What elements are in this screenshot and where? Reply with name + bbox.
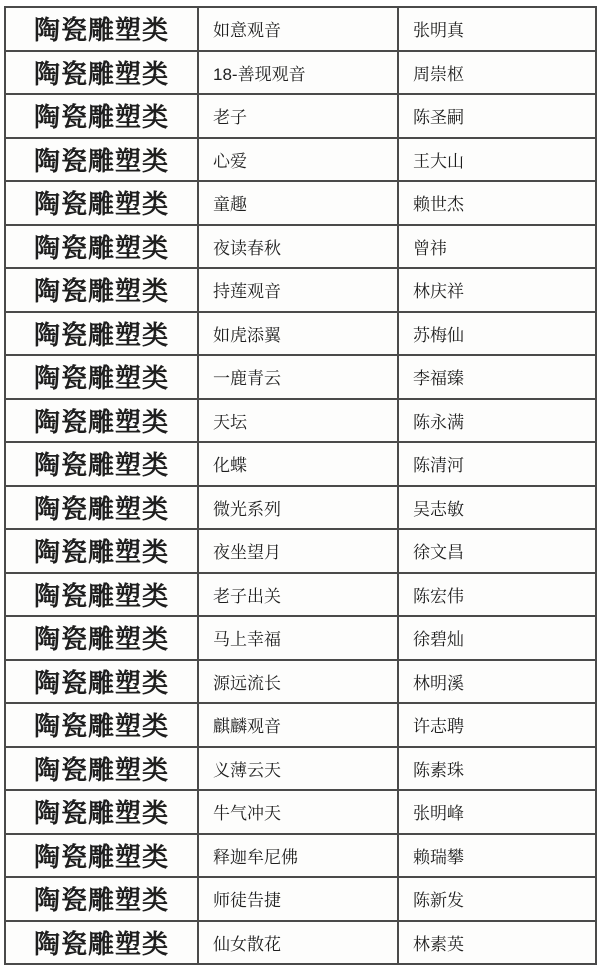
table-row: 陶瓷雕塑类 释迦牟尼佛 赖瑞攀 [5, 834, 596, 878]
table-row: 陶瓷雕塑类 童趣 赖世杰 [5, 181, 596, 225]
category-cell: 陶瓷雕塑类 [5, 529, 198, 573]
scanned-document-page: 陶瓷雕塑类 如意观音 张明真 陶瓷雕塑类 18-善现观音 周崇枢 陶瓷雕塑类 老… [0, 0, 600, 973]
artist-name-cell: 陈永满 [398, 399, 596, 443]
category-cell: 陶瓷雕塑类 [5, 834, 198, 878]
artist-name-cell: 徐碧灿 [398, 616, 596, 660]
work-title-cell: 牛气冲天 [198, 790, 398, 834]
artist-name-cell: 徐文昌 [398, 529, 596, 573]
work-title-cell: 如意观音 [198, 7, 398, 51]
artist-name-cell: 曾祎 [398, 225, 596, 269]
table-row: 陶瓷雕塑类 麒麟观音 许志聘 [5, 703, 596, 747]
work-title-cell: 持莲观音 [198, 268, 398, 312]
table-row: 陶瓷雕塑类 天坛 陈永满 [5, 399, 596, 443]
work-title-cell: 如虎添翼 [198, 312, 398, 356]
artist-name-cell: 林庆祥 [398, 268, 596, 312]
category-cell: 陶瓷雕塑类 [5, 225, 198, 269]
table-row: 陶瓷雕塑类 牛气冲天 张明峰 [5, 790, 596, 834]
category-cell: 陶瓷雕塑类 [5, 660, 198, 704]
table-body: 陶瓷雕塑类 如意观音 张明真 陶瓷雕塑类 18-善现观音 周崇枢 陶瓷雕塑类 老… [5, 7, 596, 964]
artist-name-cell: 赖世杰 [398, 181, 596, 225]
table-row: 陶瓷雕塑类 马上幸福 徐碧灿 [5, 616, 596, 660]
category-cell: 陶瓷雕塑类 [5, 94, 198, 138]
artist-name-cell: 陈素珠 [398, 747, 596, 791]
table-row: 陶瓷雕塑类 老子出关 陈宏伟 [5, 573, 596, 617]
category-cell: 陶瓷雕塑类 [5, 877, 198, 921]
table-row: 陶瓷雕塑类 夜坐望月 徐文昌 [5, 529, 596, 573]
work-title-cell: 微光系列 [198, 486, 398, 530]
work-title-cell: 师徒告捷 [198, 877, 398, 921]
category-cell: 陶瓷雕塑类 [5, 616, 198, 660]
artist-name-cell: 王大山 [398, 138, 596, 182]
artist-name-cell: 赖瑞攀 [398, 834, 596, 878]
table-row: 陶瓷雕塑类 老子 陈圣嗣 [5, 94, 596, 138]
work-title-cell: 源远流长 [198, 660, 398, 704]
table-row: 陶瓷雕塑类 如意观音 张明真 [5, 7, 596, 51]
category-cell: 陶瓷雕塑类 [5, 747, 198, 791]
table-row: 陶瓷雕塑类 一鹿青云 李福臻 [5, 355, 596, 399]
category-cell: 陶瓷雕塑类 [5, 790, 198, 834]
category-cell: 陶瓷雕塑类 [5, 181, 198, 225]
table-row: 陶瓷雕塑类 师徒告捷 陈新发 [5, 877, 596, 921]
category-cell: 陶瓷雕塑类 [5, 51, 198, 95]
artist-name-cell: 吴志敏 [398, 486, 596, 530]
work-title-cell: 仙女散花 [198, 921, 398, 965]
category-cell: 陶瓷雕塑类 [5, 486, 198, 530]
work-title-cell: 一鹿青云 [198, 355, 398, 399]
work-title-cell: 夜坐望月 [198, 529, 398, 573]
work-title-cell: 童趣 [198, 181, 398, 225]
artist-name-cell: 苏梅仙 [398, 312, 596, 356]
work-title-cell: 化蝶 [198, 442, 398, 486]
artist-name-cell: 许志聘 [398, 703, 596, 747]
artist-name-cell: 张明真 [398, 7, 596, 51]
category-cell: 陶瓷雕塑类 [5, 573, 198, 617]
work-title-cell: 天坛 [198, 399, 398, 443]
category-cell: 陶瓷雕塑类 [5, 138, 198, 182]
table-row: 陶瓷雕塑类 心爱 王大山 [5, 138, 596, 182]
work-title-cell: 马上幸福 [198, 616, 398, 660]
work-title-cell: 义薄云天 [198, 747, 398, 791]
table-row: 陶瓷雕塑类 18-善现观音 周崇枢 [5, 51, 596, 95]
category-cell: 陶瓷雕塑类 [5, 7, 198, 51]
table-row: 陶瓷雕塑类 持莲观音 林庆祥 [5, 268, 596, 312]
table-row: 陶瓷雕塑类 夜读春秋 曾祎 [5, 225, 596, 269]
table-row: 陶瓷雕塑类 微光系列 吴志敏 [5, 486, 596, 530]
artwork-category-table: 陶瓷雕塑类 如意观音 张明真 陶瓷雕塑类 18-善现观音 周崇枢 陶瓷雕塑类 老… [4, 6, 597, 965]
artist-name-cell: 张明峰 [398, 790, 596, 834]
category-cell: 陶瓷雕塑类 [5, 921, 198, 965]
artist-name-cell: 陈新发 [398, 877, 596, 921]
table-row: 陶瓷雕塑类 仙女散花 林素英 [5, 921, 596, 965]
work-title-cell: 麒麟观音 [198, 703, 398, 747]
work-title-cell: 释迦牟尼佛 [198, 834, 398, 878]
artist-name-cell: 周崇枢 [398, 51, 596, 95]
work-title-cell: 老子出关 [198, 573, 398, 617]
table-row: 陶瓷雕塑类 化蝶 陈清河 [5, 442, 596, 486]
artist-name-cell: 林明溪 [398, 660, 596, 704]
table-row: 陶瓷雕塑类 如虎添翼 苏梅仙 [5, 312, 596, 356]
category-cell: 陶瓷雕塑类 [5, 312, 198, 356]
table-row: 陶瓷雕塑类 义薄云天 陈素珠 [5, 747, 596, 791]
work-title-cell: 夜读春秋 [198, 225, 398, 269]
work-title-cell: 老子 [198, 94, 398, 138]
artist-name-cell: 李福臻 [398, 355, 596, 399]
artist-name-cell: 陈圣嗣 [398, 94, 596, 138]
artist-name-cell: 林素英 [398, 921, 596, 965]
category-cell: 陶瓷雕塑类 [5, 399, 198, 443]
table-row: 陶瓷雕塑类 源远流长 林明溪 [5, 660, 596, 704]
artist-name-cell: 陈清河 [398, 442, 596, 486]
work-title-cell: 18-善现观音 [198, 51, 398, 95]
artist-name-cell: 陈宏伟 [398, 573, 596, 617]
work-title-cell: 心爱 [198, 138, 398, 182]
category-cell: 陶瓷雕塑类 [5, 355, 198, 399]
category-cell: 陶瓷雕塑类 [5, 268, 198, 312]
category-cell: 陶瓷雕塑类 [5, 442, 198, 486]
category-cell: 陶瓷雕塑类 [5, 703, 198, 747]
